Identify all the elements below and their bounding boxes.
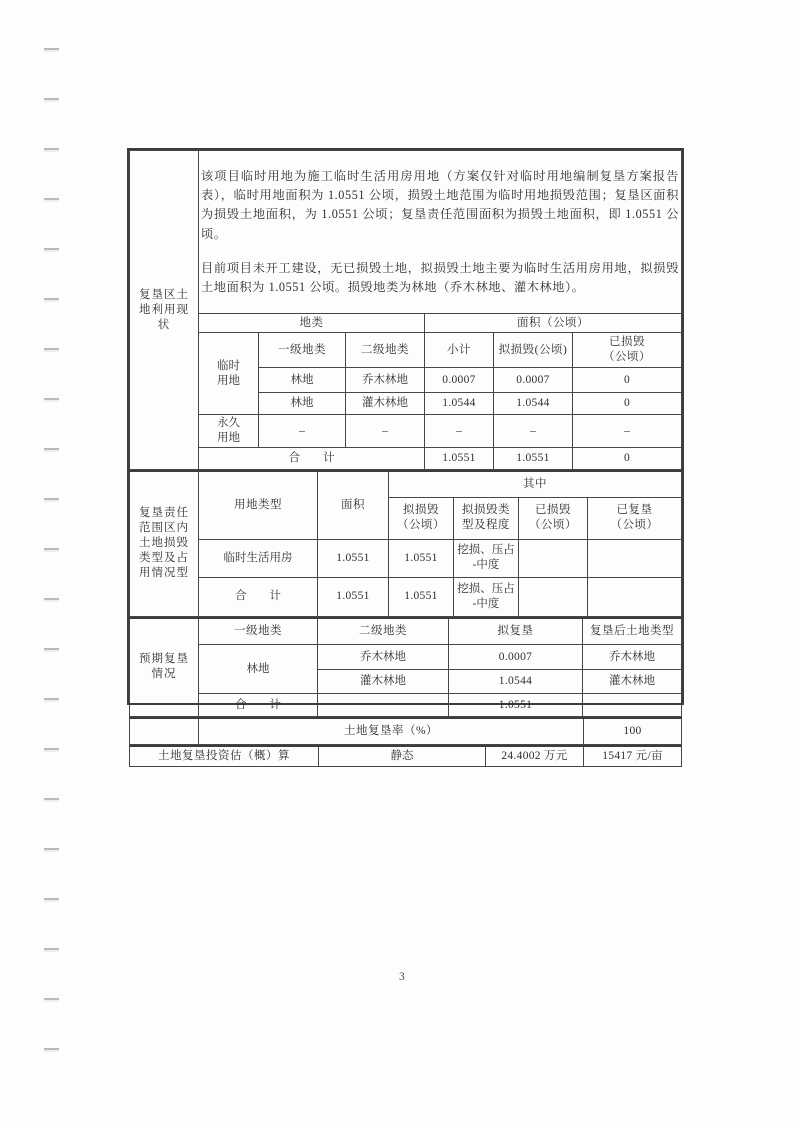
intro-paragraph-2: 目前项目未开工建设，无已损毁土地，拟损毁土地主要为临时生活用房用地，拟损毁土地面… [201,259,679,297]
cell-planned-damage: 0.0007 [494,368,573,393]
cell-post-reclamation-empty [583,694,682,717]
header-subtotal: 小计 [425,333,494,368]
header-damage-type-degree: 拟损毁类 型及程度 [454,497,519,539]
row-label-permanent-land: 永久 用地 [199,415,259,448]
cell-already-reclaimed [588,577,682,616]
cell-area: 1.0551 [318,539,389,577]
table-row: 永久 用地 – – – – – [130,415,682,448]
cell-level2-empty [318,694,449,717]
header-use-type: 用地类型 [199,471,318,539]
cell-subtotal: 1.0544 [425,393,494,415]
scanned-document-page: { "page_number": "3", "table": { "sectio… [0,0,793,1122]
page-number: 3 [399,971,405,983]
cell-use-type: 临时生活用房 [199,539,318,577]
cell-already-damaged: 0 [573,393,682,415]
cell-level1: 林地 [199,645,318,694]
table-row: 复垦责任 范围区内 土地损毁 类型及占 用情况型 用地类型 面积 其中 [130,471,682,497]
header-post-reclamation-type: 复垦后土地类型 [583,618,682,645]
cell-already-reclaimed [588,539,682,577]
header-level1-class: 一级地类 [199,618,318,645]
table-row: 地类 面积（公顷） [130,314,682,333]
cell-planned-damage: – [494,415,573,448]
table-row: 合 计 1.0551 1.0551 挖损、压占 -中度 [130,577,682,616]
table-row: 合 计 1.0551 1.0551 0 [130,448,682,470]
section-investment-estimate: 土地复垦投资估（概）算 静态 24.4002 万元 15417 元/亩 [129,745,682,768]
cell-planned-damage: 1.0551 [389,539,454,577]
cell-planned-damage: 1.0551 [389,577,454,616]
table-row: 土地复垦率（%） 100 [130,718,682,744]
header-among-which: 其中 [389,471,682,497]
header-area: 面积 [318,471,389,539]
cell-damage-type-degree: 挖损、压占 -中度 [454,577,519,616]
total-row-label: 合 计 [199,448,425,470]
cell-level1: 林地 [259,368,346,393]
cell-level2: – [346,415,425,448]
cell-level2: 灌木林地 [318,670,449,694]
table-row: 林地 乔木林地 0.0007 乔木林地 [130,645,682,670]
cell-level2: 乔木林地 [346,368,425,393]
section3-side-label: 预期复垦 情况 [130,618,199,717]
cell-level2: 乔木林地 [318,645,449,670]
header-land-class: 地类 [199,314,425,333]
reclamation-rate-label: 土地复垦率（%） [199,718,584,744]
table-row: 临时生活用房 1.0551 1.0551 挖损、压占 -中度 [130,539,682,577]
cell-area: 1.0551 [318,577,389,616]
cell-level2: 灌木林地 [346,393,425,415]
intro-text-cell: 该项目临时用地为施工临时生活用房用地（方案仅针对临时用地编制复垦方案报告表），临… [199,151,682,314]
total-row-label: 合 计 [199,694,318,717]
header-already-reclaimed: 已复垦 （公顷） [588,497,682,539]
cell-planned-reclaim: 1.0544 [449,670,583,694]
table-row: 复垦区土 地利用现 状 该项目临时用地为施工临时生活用房用地（方案仅针对临时用地… [130,151,682,314]
cell-subtotal: – [425,415,494,448]
section-expected-reclamation: 预期复垦 情况 一级地类 二级地类 拟复垦 复垦后土地类型 林地 乔木林地 0.… [129,617,682,718]
cell-subtotal: 0.0007 [425,368,494,393]
intro-paragraph-1: 该项目临时用地为施工临时生活用房用地（方案仅针对临时用地编制复垦方案报告表），临… [201,167,679,244]
cell-already-damaged: – [573,415,682,448]
cell-level1: – [259,415,346,448]
section-damage-type-occupation: 复垦责任 范围区内 土地损毁 类型及占 用情况型 用地类型 面积 其中 拟损毁 … [129,470,682,617]
total-planned-reclaim: 1.0551 [449,694,583,717]
header-planned-reclaim: 拟复垦 [449,618,583,645]
cell-already-damaged: 0 [573,368,682,393]
row-label-temporary-land: 临时 用地 [199,333,259,415]
cell-post-reclamation-type: 灌木林地 [583,670,682,694]
investment-amount: 24.4002 万元 [486,746,584,767]
investment-mode: 静态 [319,746,486,767]
section2-side-label: 复垦责任 范围区内 土地损毁 类型及占 用情况型 [130,471,199,616]
investment-estimate-label: 土地复垦投资估（概）算 [130,746,319,767]
investment-per-mu: 15417 元/亩 [584,746,682,767]
cell-already-damaged [519,577,588,616]
total-already-damaged: 0 [573,448,682,470]
section-reclamation-rate: 土地复垦率（%） 100 [129,717,682,745]
reclamation-rate-value: 100 [584,718,682,744]
cell-post-reclamation-type: 乔木林地 [583,645,682,670]
header-planned-damage: 拟损毁(公顷) [494,333,573,368]
table-row: 合 计 1.0551 [130,694,682,717]
header-level2-class: 二级地类 [346,333,425,368]
section-land-use-status: 复垦区土 地利用现 状 该项目临时用地为施工临时生活用房用地（方案仅针对临时用地… [129,150,682,470]
reclamation-plan-table: 复垦区土 地利用现 状 该项目临时用地为施工临时生活用房用地（方案仅针对临时用地… [127,148,684,705]
cell-level1: 林地 [259,393,346,415]
header-planned-damage: 拟损毁 （公顷） [389,497,454,539]
cell-already-damaged [519,539,588,577]
header-level1-class: 一级地类 [259,333,346,368]
header-already-damaged: 已损毁 （公顷） [573,333,682,368]
cell-planned-reclaim: 0.0007 [449,645,583,670]
table-row: 预期复垦 情况 一级地类 二级地类 拟复垦 复垦后土地类型 [130,618,682,645]
header-level2-class: 二级地类 [318,618,449,645]
header-already-damaged: 已损毁 （公顷） [519,497,588,539]
table-row: 土地复垦投资估（概）算 静态 24.4002 万元 15417 元/亩 [130,746,682,767]
total-row-label: 合 计 [199,577,318,616]
binding-marks [44,48,59,1053]
total-planned-damage: 1.0551 [494,448,573,470]
cell-planned-damage: 1.0544 [494,393,573,415]
section1-side-label: 复垦区土 地利用现 状 [130,151,199,470]
total-subtotal: 1.0551 [425,448,494,470]
cell-empty [130,718,199,744]
header-area: 面积（公顷） [425,314,682,333]
table-row: 临时 用地 一级地类 二级地类 小计 拟损毁(公顷) 已损毁 （公顷） [130,333,682,368]
cell-damage-type-degree: 挖损、压占 -中度 [454,539,519,577]
